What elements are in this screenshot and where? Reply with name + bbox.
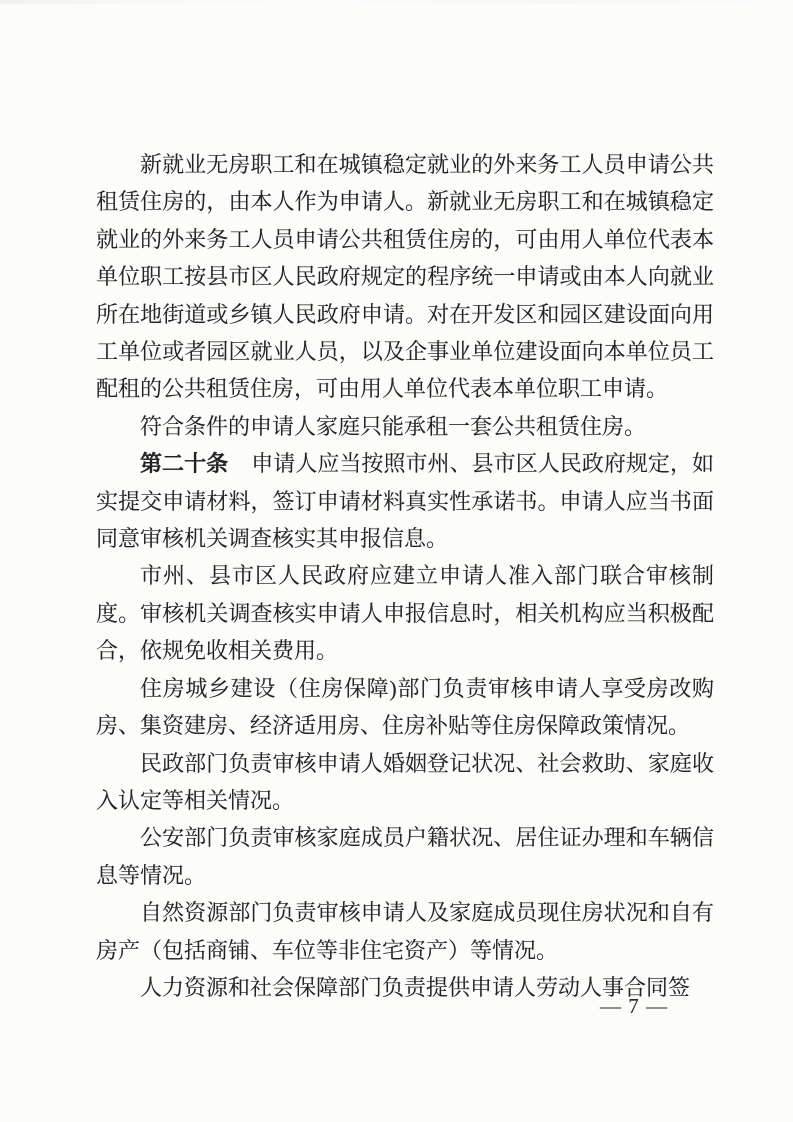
scan-edge-artifact <box>0 0 793 4</box>
paragraph: 住房城乡建设（住房保障)部门负责审核申请人享受房改购房、集资建房、经济适用房、住… <box>96 670 714 745</box>
paragraph: 自然资源部门负责审核申请人及家庭成员现住房状况和自有房产（包括商铺、车位等非住宅… <box>96 894 714 969</box>
document-body: 新就业无房职工和在城镇稳定就业的外来务工人员申请公共租赁住房的，由本人作为申请人… <box>96 146 714 1006</box>
paragraph-article-20: 第二十条申请人应当按照市州、县市区人民政府规定，如实提交申请材料，签订申请材料真… <box>96 445 714 557</box>
paragraph: 民政部门负责审核申请人婚姻登记状况、社会救助、家庭收入认定等相关情况。 <box>96 745 714 820</box>
paragraph: 符合条件的申请人家庭只能承租一套公共租赁住房。 <box>96 408 714 445</box>
document-page: 新就业无房职工和在城镇稳定就业的外来务工人员申请公共租赁住房的，由本人作为申请人… <box>0 0 793 1122</box>
paragraph: 新就业无房职工和在城镇稳定就业的外来务工人员申请公共租赁住房的，由本人作为申请人… <box>96 146 714 408</box>
paragraph: 市州、县市区人民政府应建立申请人准入部门联合审核制度。审核机关调查核实申请人申报… <box>96 557 714 669</box>
paragraph: 公安部门负责审核家庭成员户籍状况、居住证办理和车辆信息等情况。 <box>96 819 714 894</box>
page-number: — 7 — <box>600 994 668 1019</box>
article-number: 第二十条 <box>140 451 228 476</box>
